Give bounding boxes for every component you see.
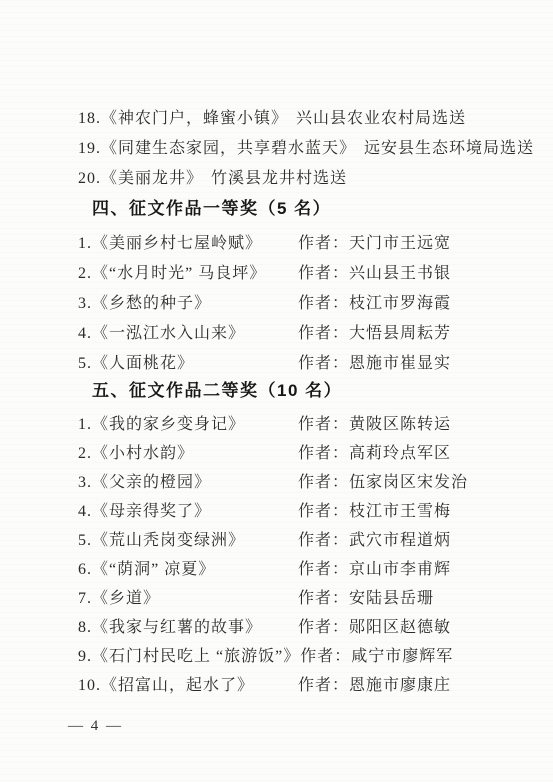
award-row: 4.《一泓江水入山来》 作者：大悟县周耘芳: [0, 316, 553, 346]
author-label: 作者：: [298, 590, 349, 607]
author-name: 京山市李甫辉: [349, 561, 451, 578]
award-row: 2.《小村水韵》 作者：高莉玲点军区: [0, 437, 553, 466]
author-name: 安陆县岳珊: [349, 590, 434, 607]
author-label: 作者：: [298, 532, 349, 549]
award-title-cell: 2.《小村水韵》: [78, 440, 298, 463]
award-title-cell: 3.《乡愁的种子》: [78, 290, 298, 313]
author-name: 咸宁市廖辉军: [351, 648, 453, 665]
award-author-cell: 作者：恩施市廖康庄: [298, 672, 451, 695]
award-title: 《荒山秃岗变绿洲》: [92, 532, 245, 549]
item-title: 《同建生态家园，共享碧水蓝天》: [101, 140, 356, 157]
award-title: 《招富山，起水了》: [101, 677, 254, 694]
award-number: 5.: [78, 532, 92, 549]
item-agency: 远安县生态环境局选送: [364, 140, 534, 157]
award-row: 5.《人面桃花》 作者：恩施市崔显实: [0, 346, 553, 376]
award-author-cell: 作者：咸宁市廖辉军: [300, 643, 453, 666]
award-number: 9.: [78, 648, 92, 665]
award-title: 《“荫洞” 凉夏》: [92, 561, 215, 578]
award-author-cell: 作者：兴山县王书银: [298, 260, 451, 283]
award-title-cell: 5.《人面桃花》: [78, 350, 298, 373]
award-author-cell: 作者：恩施市崔显实: [298, 350, 451, 373]
item-title: 《神农门户，蜂蜜小镇》: [101, 110, 288, 127]
list-item: 18.《神农门户，蜂蜜小镇》兴山县农业农村局选送: [0, 104, 553, 134]
author-label: 作者：: [298, 295, 349, 312]
section-heading-second-prize: 五、征文作品二等奖（10 名）: [0, 376, 553, 406]
award-title: 《母亲得奖了》: [92, 503, 211, 520]
author-label: 作者：: [298, 325, 349, 342]
award-author-cell: 作者：郧阳区赵德敏: [298, 614, 451, 637]
author-label: 作者：: [298, 445, 349, 462]
award-row: 1.《我的家乡变身记》 作者：黄陂区陈转运: [0, 408, 553, 437]
document-page: 18.《神农门户，蜂蜜小镇》兴山县农业农村局选送 19.《同建生态家园，共享碧水…: [0, 0, 553, 782]
award-number: 1.: [78, 235, 92, 252]
award-author-cell: 作者：天门市王远宽: [298, 230, 451, 253]
award-author-cell: 作者：武穴市程道炳: [298, 527, 451, 550]
award-row: 8.《我家与红薯的故事》 作者：郧阳区赵德敏: [0, 611, 553, 640]
author-name: 大悟县周耘芳: [349, 325, 451, 342]
author-name: 枝江市罗海霞: [349, 295, 451, 312]
author-label: 作者：: [298, 561, 349, 578]
award-author-cell: 作者：高莉玲点军区: [298, 440, 451, 463]
award-row: 7.《乡道》 作者：安陆县岳珊: [0, 582, 553, 611]
award-title-cell: 4.《一泓江水入山来》: [78, 320, 298, 343]
award-row: 1.《美丽乡村七屋岭赋》 作者：天门市王远宽: [0, 226, 553, 256]
award-number: 8.: [78, 619, 92, 636]
award-number: 10.: [78, 677, 101, 694]
award-row: 4.《母亲得奖了》 作者：枝江市王雪梅: [0, 495, 553, 524]
author-label: 作者：: [300, 648, 351, 665]
author-label: 作者：: [298, 503, 349, 520]
award-row: 3.《乡愁的种子》 作者：枝江市罗海霞: [0, 286, 553, 316]
award-title-cell: 10.《招富山，起水了》: [78, 672, 298, 695]
award-number: 2.: [78, 445, 92, 462]
award-number: 3.: [78, 474, 92, 491]
award-title: 《美丽乡村七屋岭赋》: [92, 235, 262, 252]
award-row: 9.《石门村民吃上 “旅游饭”》 作者：咸宁市廖辉军: [0, 640, 553, 669]
award-title: 《“水月时光” 马良坪》: [92, 265, 266, 282]
item-number: 20.: [78, 170, 101, 187]
item-number: 18.: [78, 110, 101, 127]
award-number: 5.: [78, 355, 92, 372]
award-author-cell: 作者：枝江市王雪梅: [298, 498, 451, 521]
author-name: 恩施市廖康庄: [349, 677, 451, 694]
author-label: 作者：: [298, 355, 349, 372]
award-number: 7.: [78, 590, 92, 607]
author-name: 兴山县王书银: [349, 265, 451, 282]
item-title: 《美丽龙井》: [101, 170, 203, 187]
award-number: 3.: [78, 295, 92, 312]
award-title: 《乡愁的种子》: [92, 295, 211, 312]
author-name: 伍家岗区宋发治: [349, 474, 468, 491]
award-title-cell: 9.《石门村民吃上 “旅游饭”》: [78, 643, 300, 666]
author-label: 作者：: [298, 474, 349, 491]
section-heading-first-prize: 四、征文作品一等奖（5 名）: [0, 194, 553, 224]
award-number: 6.: [78, 561, 92, 578]
award-number: 4.: [78, 325, 92, 342]
author-label: 作者：: [298, 677, 349, 694]
award-title: 《小村水韵》: [92, 445, 194, 462]
award-title-cell: 1.《我的家乡变身记》: [78, 411, 298, 434]
author-name: 天门市王远宽: [349, 235, 451, 252]
award-author-cell: 作者：伍家岗区宋发治: [298, 469, 468, 492]
author-name: 枝江市王雪梅: [349, 503, 451, 520]
list-item: 20.《美丽龙井》竹溪县龙井村选送: [0, 164, 553, 194]
award-title: 《我的家乡变身记》: [92, 416, 245, 433]
author-label: 作者：: [298, 265, 349, 282]
author-label: 作者：: [298, 416, 349, 433]
award-title: 《乡道》: [92, 590, 160, 607]
award-title-cell: 3.《父亲的橙园》: [78, 469, 298, 492]
award-title: 《我家与红薯的故事》: [92, 619, 262, 636]
award-title: 《一泓江水入山来》: [92, 325, 245, 342]
item-agency: 竹溪县龙井村选送: [211, 170, 347, 187]
award-title: 《父亲的橙园》: [92, 474, 211, 491]
award-title-cell: 1.《美丽乡村七屋岭赋》: [78, 230, 298, 253]
award-number: 1.: [78, 416, 92, 433]
award-row: 10.《招富山，起水了》 作者：恩施市廖康庄: [0, 669, 553, 698]
award-title-cell: 2.《“水月时光” 马良坪》: [78, 260, 298, 283]
award-title: 《石门村民吃上 “旅游饭”》: [92, 648, 300, 665]
author-name: 黄陂区陈转运: [349, 416, 451, 433]
item-agency: 兴山县农业农村局选送: [296, 110, 466, 127]
award-author-cell: 作者：安陆县岳珊: [298, 585, 434, 608]
author-label: 作者：: [298, 619, 349, 636]
award-title-cell: 6.《“荫洞” 凉夏》: [78, 556, 298, 579]
section-first-prize: 1.《美丽乡村七屋岭赋》 作者：天门市王远宽 2.《“水月时光” 马良坪》 作者…: [0, 226, 553, 376]
author-name: 恩施市崔显实: [349, 355, 451, 372]
award-author-cell: 作者：黄陂区陈转运: [298, 411, 451, 434]
award-title: 《人面桃花》: [92, 355, 194, 372]
award-author-cell: 作者：大悟县周耘芳: [298, 320, 451, 343]
award-row: 5.《荒山秃岗变绿洲》 作者：武穴市程道炳: [0, 524, 553, 553]
item-number: 19.: [78, 140, 101, 157]
award-title-cell: 7.《乡道》: [78, 585, 298, 608]
award-author-cell: 作者：枝江市罗海霞: [298, 290, 451, 313]
award-row: 6.《“荫洞” 凉夏》 作者：京山市李甫辉: [0, 553, 553, 582]
award-title-cell: 4.《母亲得奖了》: [78, 498, 298, 521]
page-number: — 4 —: [68, 718, 123, 735]
author-name: 武穴市程道炳: [349, 532, 451, 549]
author-name: 高莉玲点军区: [349, 445, 451, 462]
award-number: 4.: [78, 503, 92, 520]
award-title-cell: 5.《荒山秃岗变绿洲》: [78, 527, 298, 550]
award-author-cell: 作者：京山市李甫辉: [298, 556, 451, 579]
list-item: 19.《同建生态家园，共享碧水蓝天》远安县生态环境局选送: [0, 134, 553, 164]
award-row: 3.《父亲的橙园》 作者：伍家岗区宋发治: [0, 466, 553, 495]
author-label: 作者：: [298, 235, 349, 252]
author-name: 郧阳区赵德敏: [349, 619, 451, 636]
award-row: 2.《“水月时光” 马良坪》 作者：兴山县王书银: [0, 256, 553, 286]
section-second-prize: 1.《我的家乡变身记》 作者：黄陂区陈转运 2.《小村水韵》 作者：高莉玲点军区…: [0, 408, 553, 698]
award-number: 2.: [78, 265, 92, 282]
award-title-cell: 8.《我家与红薯的故事》: [78, 614, 298, 637]
